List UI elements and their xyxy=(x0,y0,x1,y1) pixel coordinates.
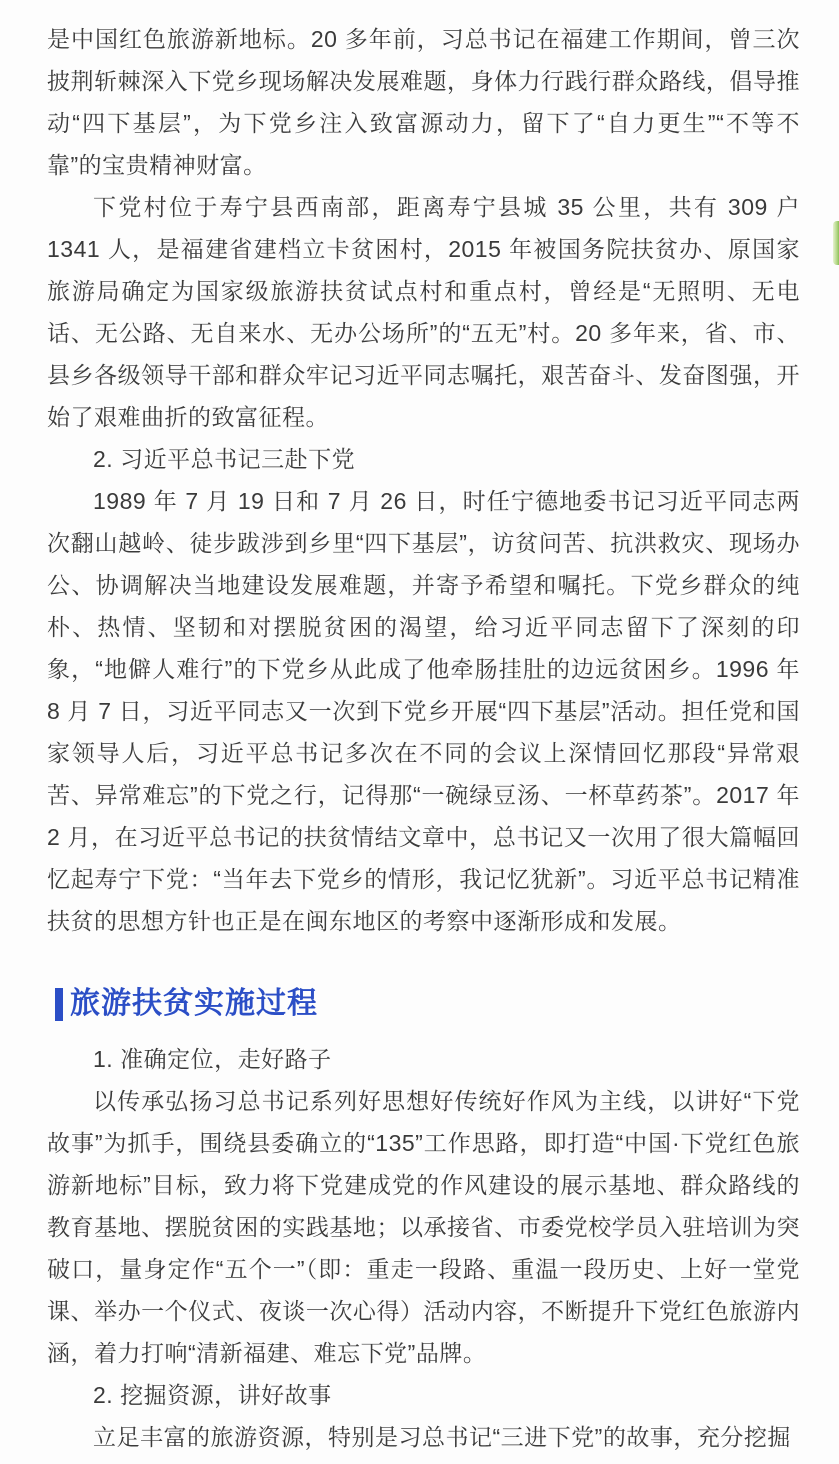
numbered-subheading: 2. 习近平总书记三赴下党 xyxy=(47,438,800,480)
body-paragraph: 立足丰富的旅游资源，特别是习总书记“三进下党”的故事，充分挖掘 xyxy=(47,1416,800,1458)
section-heading-text: 旅游扶贫实施过程 xyxy=(70,985,318,1023)
numbered-subheading: 2. 挖掘资源，讲好故事 xyxy=(47,1374,800,1416)
document-page: 是中国红色旅游新地标。20 多年前，习总书记在福建工作期间，曾三次披荆斩棘深入下… xyxy=(0,0,839,1464)
numbered-subheading: 1. 准确定位，走好路子 xyxy=(47,1038,800,1080)
body-paragraph: 下党村位于寿宁县西南部，距离寿宁县城 35 公里，共有 309 户 1341 人… xyxy=(47,186,800,438)
floating-widget-edge[interactable] xyxy=(833,221,839,265)
section-accent-bar xyxy=(55,988,63,1021)
body-paragraph: 是中国红色旅游新地标。20 多年前，习总书记在福建工作期间，曾三次披荆斩棘深入下… xyxy=(47,18,800,186)
body-paragraph: 1989 年 7 月 19 日和 7 月 26 日，时任宁德地委书记习近平同志两… xyxy=(47,480,800,942)
body-paragraph: 以传承弘扬习总书记系列好思想好传统好作风为主线，以讲好“下党故事”为抓手，围绕县… xyxy=(47,1080,800,1374)
section-heading: 旅游扶贫实施过程 xyxy=(55,984,800,1024)
